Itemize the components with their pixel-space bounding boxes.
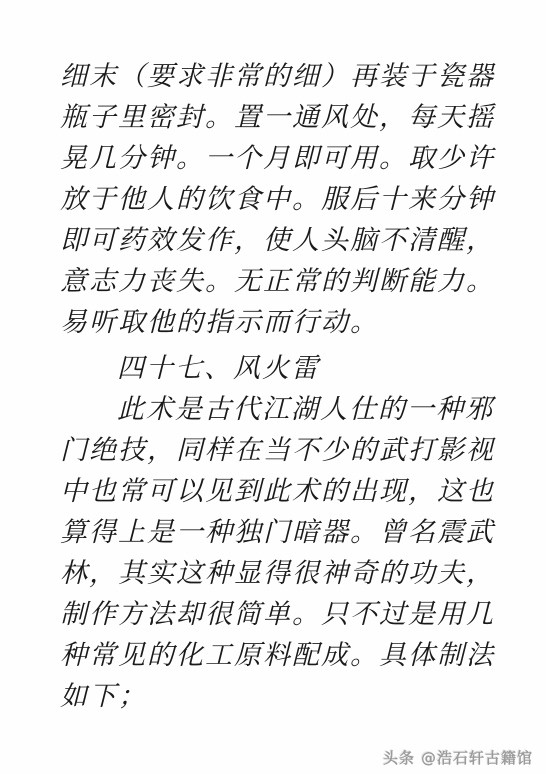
text-line: 瓶子里密封。置一通风处，每天摇: [60, 97, 500, 138]
text-line: 中也常可以见到此术的出现，这也: [60, 471, 500, 512]
text-line: 意志力丧失。无正常的判断能力。: [60, 261, 500, 302]
text-line: 细末（要求非常的细）再装于瓷器: [60, 56, 500, 97]
text-line: 此术是古代江湖人仕的一种邪: [60, 389, 500, 430]
text-line: 林，其实这种显得很神奇的功夫，: [60, 553, 500, 594]
toutiao-logo: 头条: [383, 749, 415, 767]
text-line: 晃几分钟。一个月即可用。取少许: [60, 138, 500, 179]
section-heading: 四十七、风火雷: [60, 348, 500, 389]
text-line: 易听取他的指示而行动。: [60, 302, 500, 343]
text-line: 种常见的化工原料配成。具体制法: [60, 635, 500, 676]
scanned-document-page: 细末（要求非常的细）再装于瓷器 瓶子里密封。置一通风处，每天摇 晃几分钟。一个月…: [0, 0, 546, 774]
text-line: 门绝技，同样在当不少的武打影视: [60, 430, 500, 471]
watermark-account: @浩石轩古籍馆: [421, 749, 533, 767]
text-line: 如下；: [60, 676, 500, 717]
document-text: 细末（要求非常的细）再装于瓷器 瓶子里密封。置一通风处，每天摇 晃几分钟。一个月…: [60, 56, 500, 717]
watermark: 头条@浩石轩古籍馆: [383, 747, 533, 768]
text-line: 算得上是一种独门暗器。曾名震武: [60, 512, 500, 553]
text-line: 制作方法却很简单。只不过是用几: [60, 594, 500, 635]
text-line: 放于他人的饮食中。服后十来分钟: [60, 179, 500, 220]
text-line: 即可药效发作，使人头脑不清醒，: [60, 220, 500, 261]
